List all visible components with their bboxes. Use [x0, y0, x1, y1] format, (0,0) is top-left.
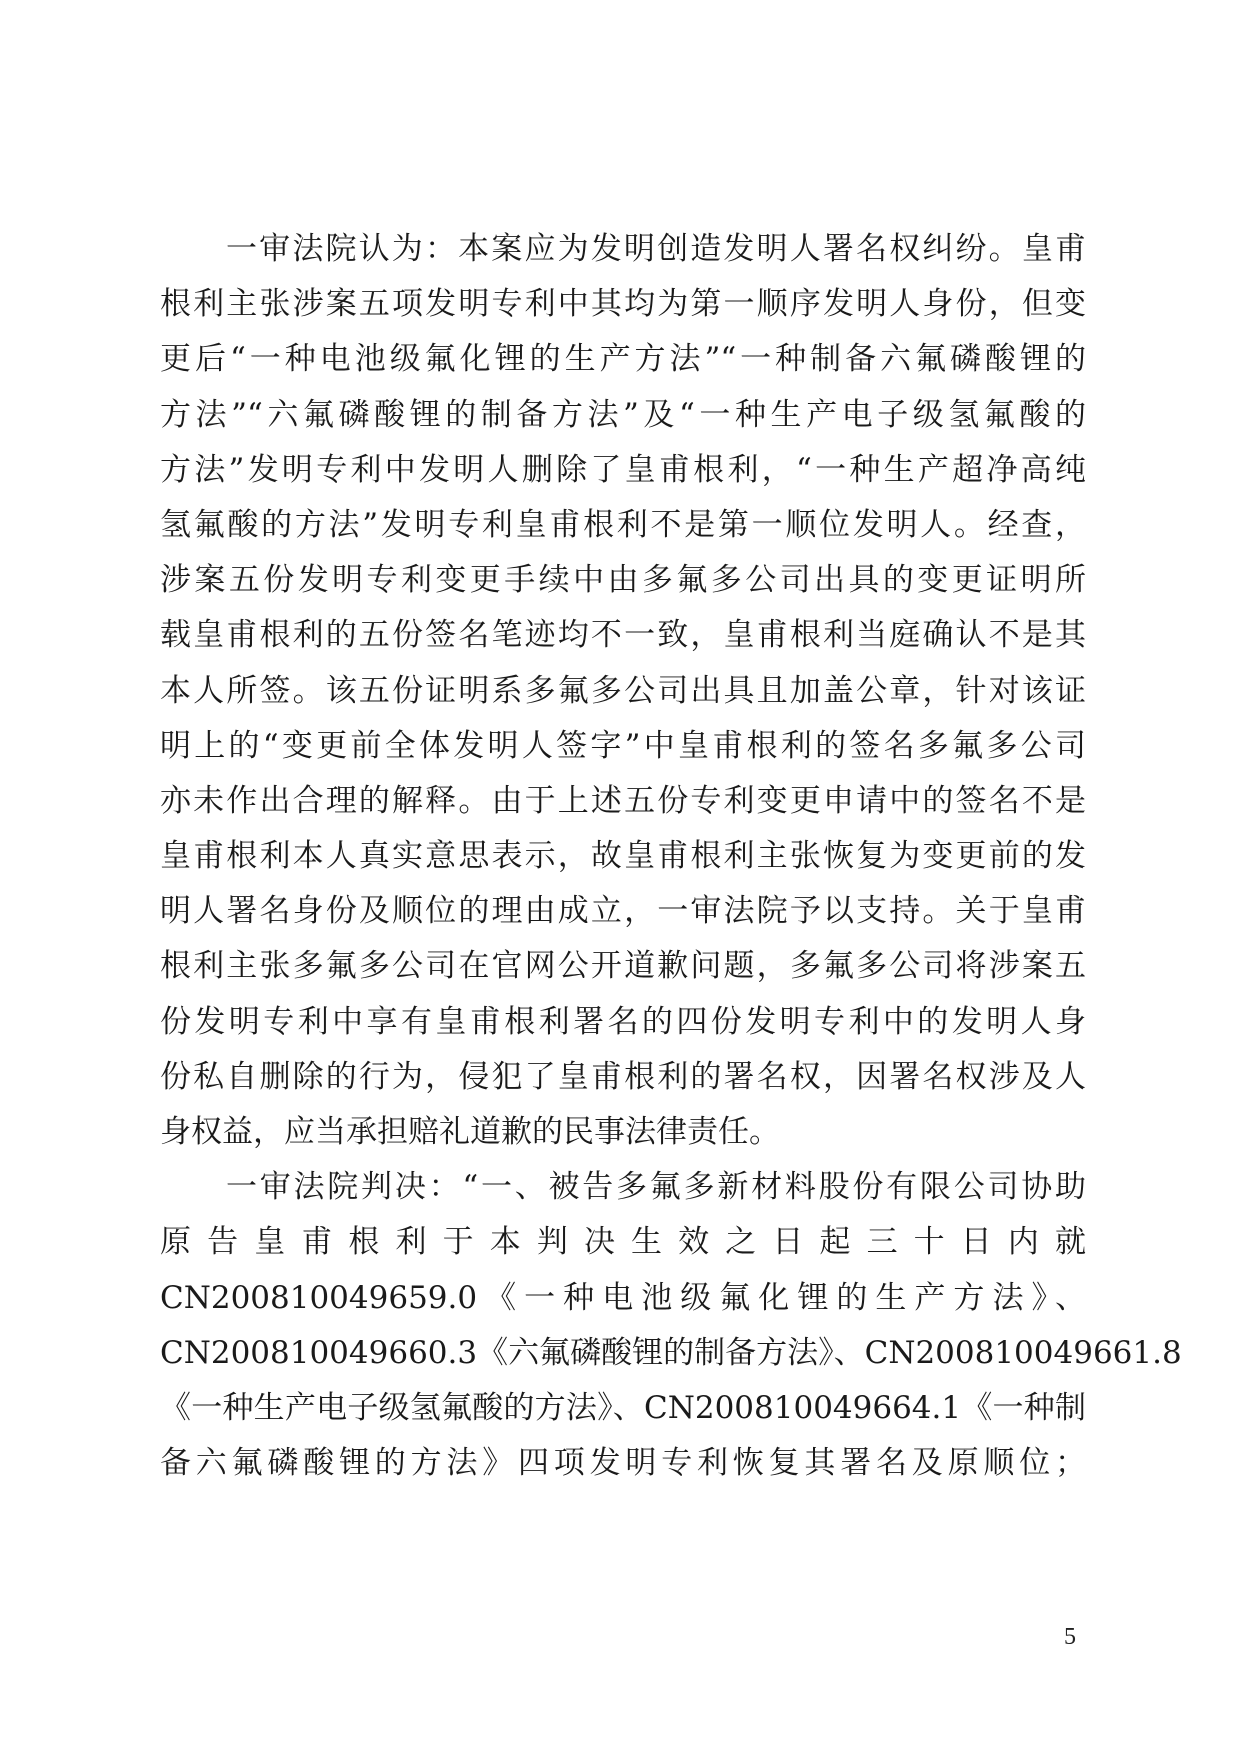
paragraph-line: 方法”“六氟磷酸锂的制备方法”及“一种生产电子级氢氟酸的	[160, 388, 1086, 443]
paragraph-line: 根利主张涉案五项发明专利中其均为第一顺序发明人身份，但变	[160, 277, 1086, 332]
paragraph-line: 亦未作出合理的解释。由于上述五份专利变更申请中的签名不是	[160, 774, 1086, 829]
paragraph-line: 涉案五份发明专利变更手续中由多氟多公司出具的变更证明所	[160, 553, 1086, 608]
paragraph-line: 一审法院判决：“一、被告多氟多新材料股份有限公司协助	[160, 1160, 1086, 1215]
paragraph-line: 身权益，应当承担赔礼道歉的民事法律责任。	[160, 1105, 1086, 1160]
paragraph-line: CN200810049660.3《六氟磷酸锂的制备方法》、CN200810049…	[160, 1326, 1086, 1381]
paragraph-line: 备六氟磷酸锂的方法》四项发明专利恢复其署名及原顺位；	[160, 1436, 1086, 1491]
paragraph-line: 明上的“变更前全体发明人签字”中皇甫根利的签名多氟多公司	[160, 719, 1086, 774]
paragraph-line: 本人所签。该五份证明系多氟多公司出具且加盖公章，针对该证	[160, 664, 1086, 719]
paragraph-line: 份私自删除的行为，侵犯了皇甫根利的署名权，因署名权涉及人	[160, 1050, 1086, 1105]
paragraph-line: 更后“一种电池级氟化锂的生产方法”“一种制备六氟磷酸锂的	[160, 332, 1086, 387]
paragraph-line: 《一种生产电子级氢氟酸的方法》、CN200810049664.1《一种制	[160, 1381, 1086, 1436]
paragraph-line: 一审法院认为：本案应为发明创造发明人署名权纠纷。皇甫	[160, 222, 1086, 277]
document-page: 一审法院认为：本案应为发明创造发明人署名权纠纷。皇甫 根利主张涉案五项发明专利中…	[0, 0, 1240, 1754]
paragraph-line: 份发明专利中享有皇甫根利署名的四份发明专利中的发明人身	[160, 995, 1086, 1050]
document-body: 一审法院认为：本案应为发明创造发明人署名权纠纷。皇甫 根利主张涉案五项发明专利中…	[160, 222, 1086, 1491]
paragraph-line: 根利主张多氟多公司在官网公开道歉问题，多氟多公司将涉案五	[160, 939, 1086, 994]
paragraph-line: 载皇甫根利的五份签名笔迹均不一致，皇甫根利当庭确认不是其	[160, 608, 1086, 663]
page-number: 5	[1064, 1624, 1076, 1651]
paragraph-line: 皇甫根利本人真实意思表示，故皇甫根利主张恢复为变更前的发	[160, 829, 1086, 884]
paragraph-line: CN200810049659.0《一种电池级氟化锂的生产方法》、	[160, 1271, 1086, 1326]
paragraph-line: 明人署名身份及顺位的理由成立，一审法院予以支持。关于皇甫	[160, 884, 1086, 939]
paragraph-line: 原告皇甫根利于本判决生效之日起三十日内就	[160, 1215, 1086, 1270]
paragraph-line: 氢氟酸的方法”发明专利皇甫根利不是第一顺位发明人。经查，	[160, 498, 1086, 553]
paragraph-line: 方法”发明专利中发明人删除了皇甫根利，“一种生产超净高纯	[160, 443, 1086, 498]
